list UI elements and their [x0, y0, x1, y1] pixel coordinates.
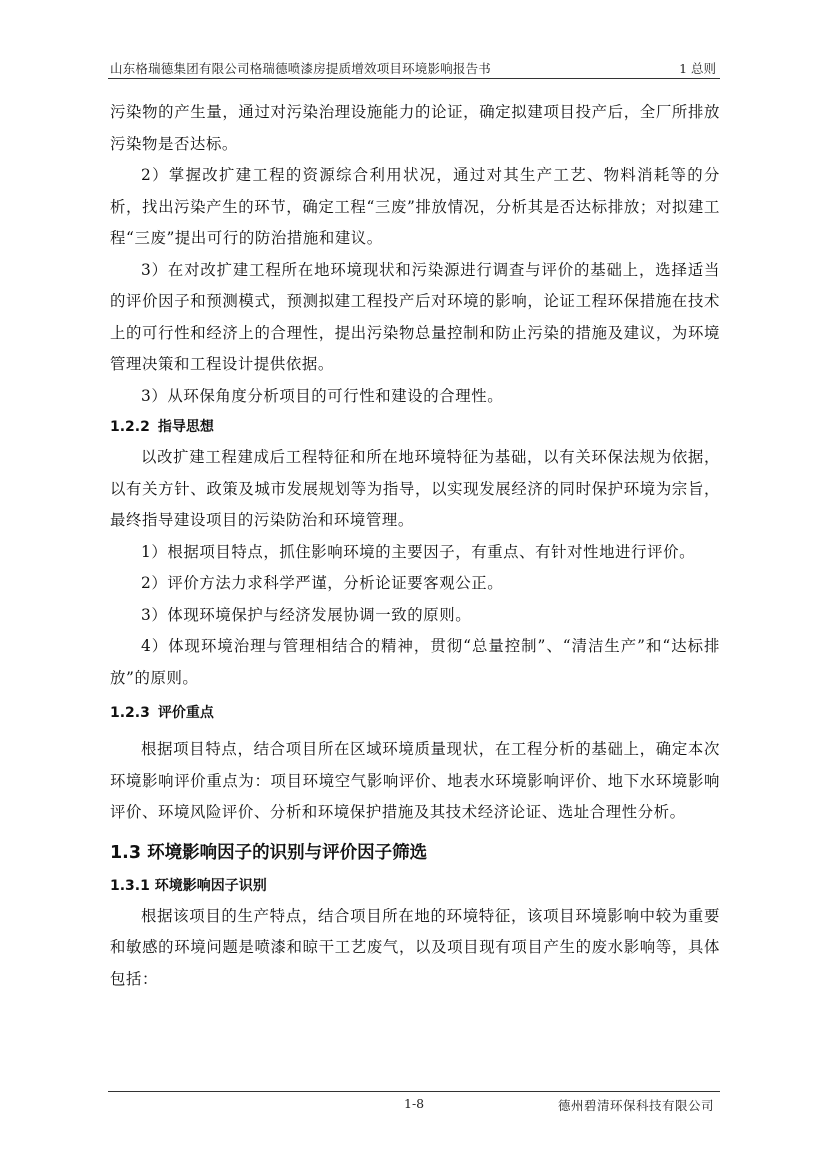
paragraph: 2）掌握改扩建工程的资源综合利用状况，通过对其生产工艺、物料消耗等的分析，找出污…	[110, 160, 720, 255]
paragraph: 根据项目特点，结合项目所在区域环境质量现状，在工程分析的基础上，确定本次环境影响…	[110, 734, 720, 829]
list-item: 1）根据项目特点，抓住影响环境的主要因子，有重点、有针对性地进行评价。	[110, 537, 720, 569]
list-item: 3）体现环境保护与经济发展协调一致的原则。	[110, 600, 720, 632]
section-heading-1-2-3: 1.2.3评价重点	[110, 698, 720, 728]
list-item: 2）评价方法力求科学严谨，分析论证要客观公正。	[110, 568, 720, 600]
paragraph: 污染物的产生量，通过对污染治理设施能力的论证，确定拟建项目投产后，全厂所排放污染…	[110, 97, 720, 160]
paragraph: 以改扩建工程建成后工程特征和所在地环境特征为基础，以有关环保法规为依据，以有关方…	[110, 442, 720, 537]
chapter-label: 1 总则	[679, 59, 716, 77]
document-body: 污染物的产生量，通过对污染治理设施能力的论证，确定拟建项目投产后，全厂所排放污染…	[110, 97, 720, 995]
section-heading-1-2-2: 1.2.2指导思想	[110, 412, 720, 442]
paragraph: 根据该项目的生产特点，结合项目所在地的环境特征，该项目环境影响中较为重要和敏感的…	[110, 901, 720, 996]
page-header: 山东格瑞德集团有限公司格瑞德喷漆房提质增效项目环境影响报告书 1 总则	[108, 56, 720, 79]
page-footer: 1-8 德州碧清环保科技有限公司	[108, 1091, 720, 1116]
paragraph: 3）从环保角度分析项目的可行性和建设的合理性。	[110, 381, 720, 413]
company-name: 德州碧清环保科技有限公司	[558, 1096, 714, 1114]
section-title: 指导思想	[158, 419, 214, 435]
section-title: 评价重点	[158, 705, 214, 721]
section-number: 1.2.2	[110, 419, 150, 435]
page-number: 1-8	[404, 1096, 424, 1111]
section-heading-1-3: 1.3 环境影响因子的识别与评价因子筛选	[110, 835, 720, 871]
report-title: 山东格瑞德集团有限公司格瑞德喷漆房提质增效项目环境影响报告书	[110, 59, 491, 77]
list-item: 4）体现环境治理与管理相结合的精神，贯彻“总量控制”、“清洁生产”和“达标排放”…	[110, 631, 720, 694]
paragraph: 3）在对改扩建工程所在地环境现状和污染源进行调查与评价的基础上，选择适当的评价因…	[110, 255, 720, 381]
section-number: 1.2.3	[110, 705, 150, 721]
section-heading-1-3-1: 1.3.1 环境影响因子识别	[110, 871, 720, 901]
